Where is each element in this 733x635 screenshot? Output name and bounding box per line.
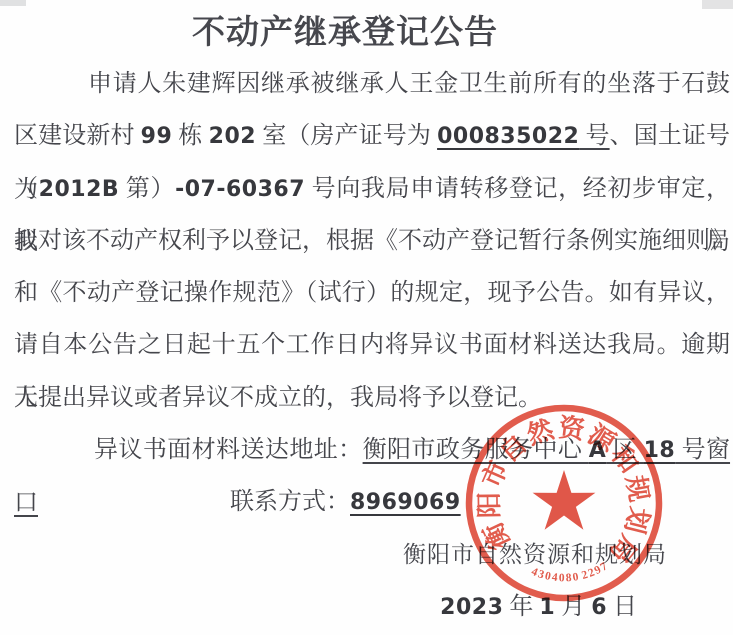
room-number: 202 — [209, 124, 256, 149]
body-text: （ — [14, 176, 39, 202]
paragraph-line: 拟对该不动产权利予以登记，根据《不动产登记暂行条例实施细则》 — [14, 215, 730, 267]
body-text: 拟对该不动产权利予以登记，根据《不动产登记暂行条例实施细则》 — [14, 228, 733, 254]
seal-star-icon — [533, 470, 596, 530]
building-number: 99 — [141, 124, 173, 149]
paragraph-line: 和《不动产登记操作规范》（试行）的规定，现予公告。如有异议， — [14, 267, 730, 319]
land-certificate-number: -07-60367 — [175, 177, 305, 202]
contact-label: 联系方式： — [230, 489, 350, 515]
announcement-document: 不动产继承登记公告 申请人朱建辉因继承被继承人王金卫生前所有的坐落于石鼓 区建设… — [0, 0, 733, 635]
land-certificate-series: 2012B — [39, 177, 120, 202]
seal-code-right: 2297 — [580, 560, 611, 582]
official-seal: 衡阳市自然资源和规划局 4304080 2297 — [455, 396, 675, 612]
body-text: 室（房产证号为 — [256, 123, 437, 149]
body-text: 申请人朱建辉因继承被继承人王金卫生前所有的坐落于石鼓 — [88, 71, 730, 97]
phone-number: 8969069 — [350, 490, 461, 515]
body-text: 第） — [119, 176, 175, 202]
body-text: 和《不动产登记操作规范》（试行）的规定，现予公告。如有异议， — [14, 280, 730, 306]
seal-code-left: 4304080 — [530, 566, 581, 585]
paragraph-line: 区建设新村 99 栋 202 室（房产证号为 000835022 号、国土证号为 — [14, 110, 730, 162]
body-text: 区建设新村 — [14, 123, 141, 149]
body-text: 号 — [579, 123, 609, 149]
property-certificate-number: 000835022 — [437, 124, 579, 149]
address-label: 异议书面材料送达地址： — [94, 437, 363, 463]
body-text: 栋 — [172, 123, 208, 149]
document-title: 不动产继承登记公告 — [0, 6, 690, 53]
scan-artifact-top-right — [702, 0, 733, 9]
paragraph-line: 申请人朱建辉因继承被继承人王金卫生前所有的坐落于石鼓 — [14, 58, 730, 110]
paragraph-line: 请自本公告之日起十五个工作日内将异议书面材料送达我局。逾期无 — [14, 319, 730, 371]
paragraph-line: （2012B 第）-07-60367 号向我局申请转移登记，经初步审定，我局 — [14, 163, 730, 215]
